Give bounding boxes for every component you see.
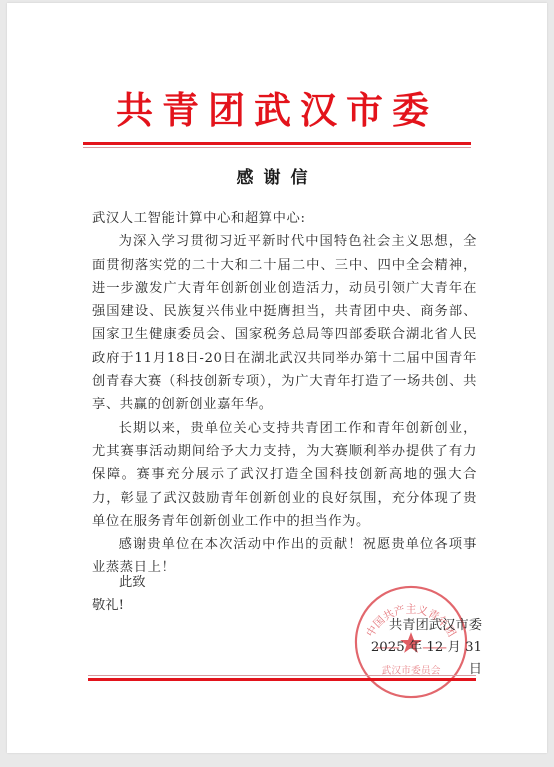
body-paragraph-3: 感谢贵单位在本次活动中作出的贡献！祝愿贵单位各项事业蒸蒸日上！ — [92, 533, 477, 580]
body-paragraph-1: 为深入学习贯彻习近平新时代中国特色社会主义思想，全面贯彻落实党的二十大和二十届二… — [92, 230, 477, 416]
document-page: 共青团武汉市委 感谢信 武汉人工智能计算中心和超算中心: 为深入学习贯彻习近平新… — [7, 3, 547, 753]
footer-thin-line — [88, 675, 476, 676]
footer-thick-line — [88, 678, 476, 681]
masthead-divider — [83, 142, 471, 148]
closing-salutation: 此致 敬礼! — [92, 571, 146, 617]
signature-organization: 共青团武汉市委 — [357, 615, 482, 637]
body-paragraph-2: 长期以来，贵单位关心支持共青团工作和青年创新创业，尤其赛事活动期间给予大力支持，… — [92, 417, 477, 533]
footer-divider — [88, 675, 476, 681]
letter-title: 感谢信 — [7, 163, 547, 188]
closing-line-1: 此致 — [92, 571, 146, 594]
closing-line-2: 敬礼! — [92, 594, 146, 617]
letter-body: 武汉人工智能计算中心和超算中心: 为深入学习贯彻习近平新时代中国特色社会主义思想… — [92, 207, 477, 580]
masthead-title: 共青团武汉市委 — [7, 91, 547, 131]
divider-thick-line — [83, 142, 471, 145]
divider-thin-line — [83, 147, 471, 148]
recipient-line: 武汉人工智能计算中心和超算中心: — [92, 207, 477, 230]
signature-block: 共青团武汉市委 2025 年 12 月 31 日 — [357, 615, 482, 681]
